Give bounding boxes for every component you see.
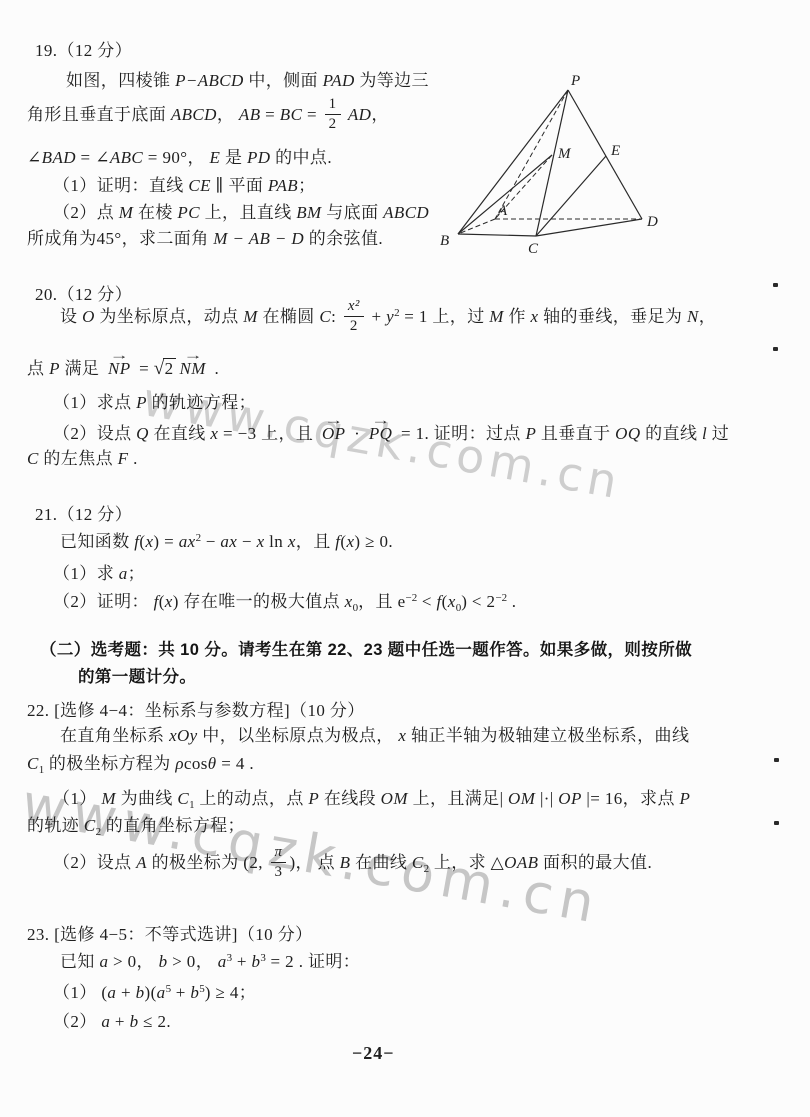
p23-line-1: 已知 a > 0， b > 0， a3 + b3 = 2 . 证明： <box>60 947 360 972</box>
p22-line-2: C1 的极坐标方程为 ρcosθ = 4 . <box>27 749 254 774</box>
p20-line-5: C 的左焦点 F . <box>27 444 138 469</box>
p23-line-3: （2） a + b ≤ 2. <box>53 1007 171 1032</box>
figure-label-M: M <box>557 146 572 162</box>
p20-line-1: 设 O 为坐标原点，动点 M 在椭圆 C: x²2 + y2 = 1 上，过 M… <box>60 300 716 336</box>
section2-header-line-1: （二）选考题：共 10 分。请考生在第 22、23 题中任选一题作答。如果多做，… <box>40 636 692 660</box>
scan-speck <box>774 758 779 762</box>
figure-segment-BM <box>458 155 552 234</box>
p19-line-4: （1）证明：直线 CE ∥ 平面 PAB； <box>53 171 315 196</box>
scan-speck <box>773 347 778 351</box>
page-number: −24− <box>352 1043 395 1064</box>
figure-label-D: D <box>646 214 658 230</box>
section2-header-line-2: 的第一题计分。 <box>78 663 196 687</box>
figure-edge-PD <box>568 90 642 219</box>
pyramid-figure: P B C D A M E <box>428 55 728 265</box>
p23-line-2: （1） (a + b)(a5 + b5) ≥ 4； <box>53 978 256 1003</box>
p20-line-4: （2）设点 Q 在直线 x = −3 上，且 OP · PQ = 1. 证明：过… <box>53 419 729 444</box>
figure-label-P: P <box>570 73 580 89</box>
p22-line-3: （1） M 为曲线 C1 上的动点，点 P 在线段 OM 上，且满足| OM |… <box>53 784 690 809</box>
figure-label-B: B <box>440 233 449 249</box>
p21-line-3: （2）证明： f(x) 存在唯一的极大值点 x0，且 e−2 < f(x0) <… <box>53 587 516 612</box>
p20-line-3: （1）求点 P 的轨迹方程； <box>53 388 256 413</box>
scan-speck <box>773 283 778 287</box>
p19-line-3: ∠BAD = ∠ABC = 90°， E 是 PD 的中点. <box>27 143 332 168</box>
exam-page: www.cqzk.com.cn www.cqzk.com.cn 19.（12 分… <box>0 0 810 1117</box>
p19-line-5: （2）点 M 在棱 PC 上，且直线 BM 与底面 ABCD <box>53 198 429 223</box>
p23-header: 23. [选修 4−5：不等式选讲]（10 分） <box>27 920 313 945</box>
p19-line-6: 所成角为45°，求二面角 M − AB − D 的余弦值. <box>27 224 383 249</box>
figure-edge-BC <box>458 234 536 236</box>
figure-edge-PB <box>458 90 568 234</box>
figure-label-E: E <box>610 143 620 159</box>
p22-line-5: （2）设点 A 的极坐标为 (2, π3)， 点 B 在曲线 C2 上，求 △O… <box>53 846 652 882</box>
figure-edge-CD <box>536 219 642 236</box>
p21-line-1: 已知函数 f(x) = ax2 − ax − x ln x，且 f(x) ≥ 0… <box>60 527 393 552</box>
figure-label-A: A <box>497 203 508 219</box>
figure-label-C: C <box>528 241 539 257</box>
p19-line-2: 角形且垂直于底面 ABCD， AB = BC = 12 AD， <box>27 98 389 134</box>
p22-header: 22. [选修 4−4：坐标系与参数方程]（10 分） <box>27 696 365 721</box>
figure-segment-CE <box>536 156 606 236</box>
p19-line-1: 如图，四棱锥 P−ABCD 中，侧面 PAD 为等边三 <box>66 66 429 91</box>
p21-line-2: （1）求 a； <box>53 559 145 584</box>
p20-line-2: 点 P 满足 NP = √2NM . <box>27 354 219 380</box>
p22-line-1: 在直角坐标系 xOy 中，以坐标原点为极点， x 轴正半轴为极轴建立极坐标系，曲… <box>60 721 689 746</box>
p22-line-4: 的轨迹 C2 的直角坐标方程； <box>27 811 245 836</box>
p21-header: 21.（12 分） <box>35 500 132 525</box>
p19-header: 19.（12 分） <box>35 36 132 61</box>
scan-speck <box>774 821 779 825</box>
